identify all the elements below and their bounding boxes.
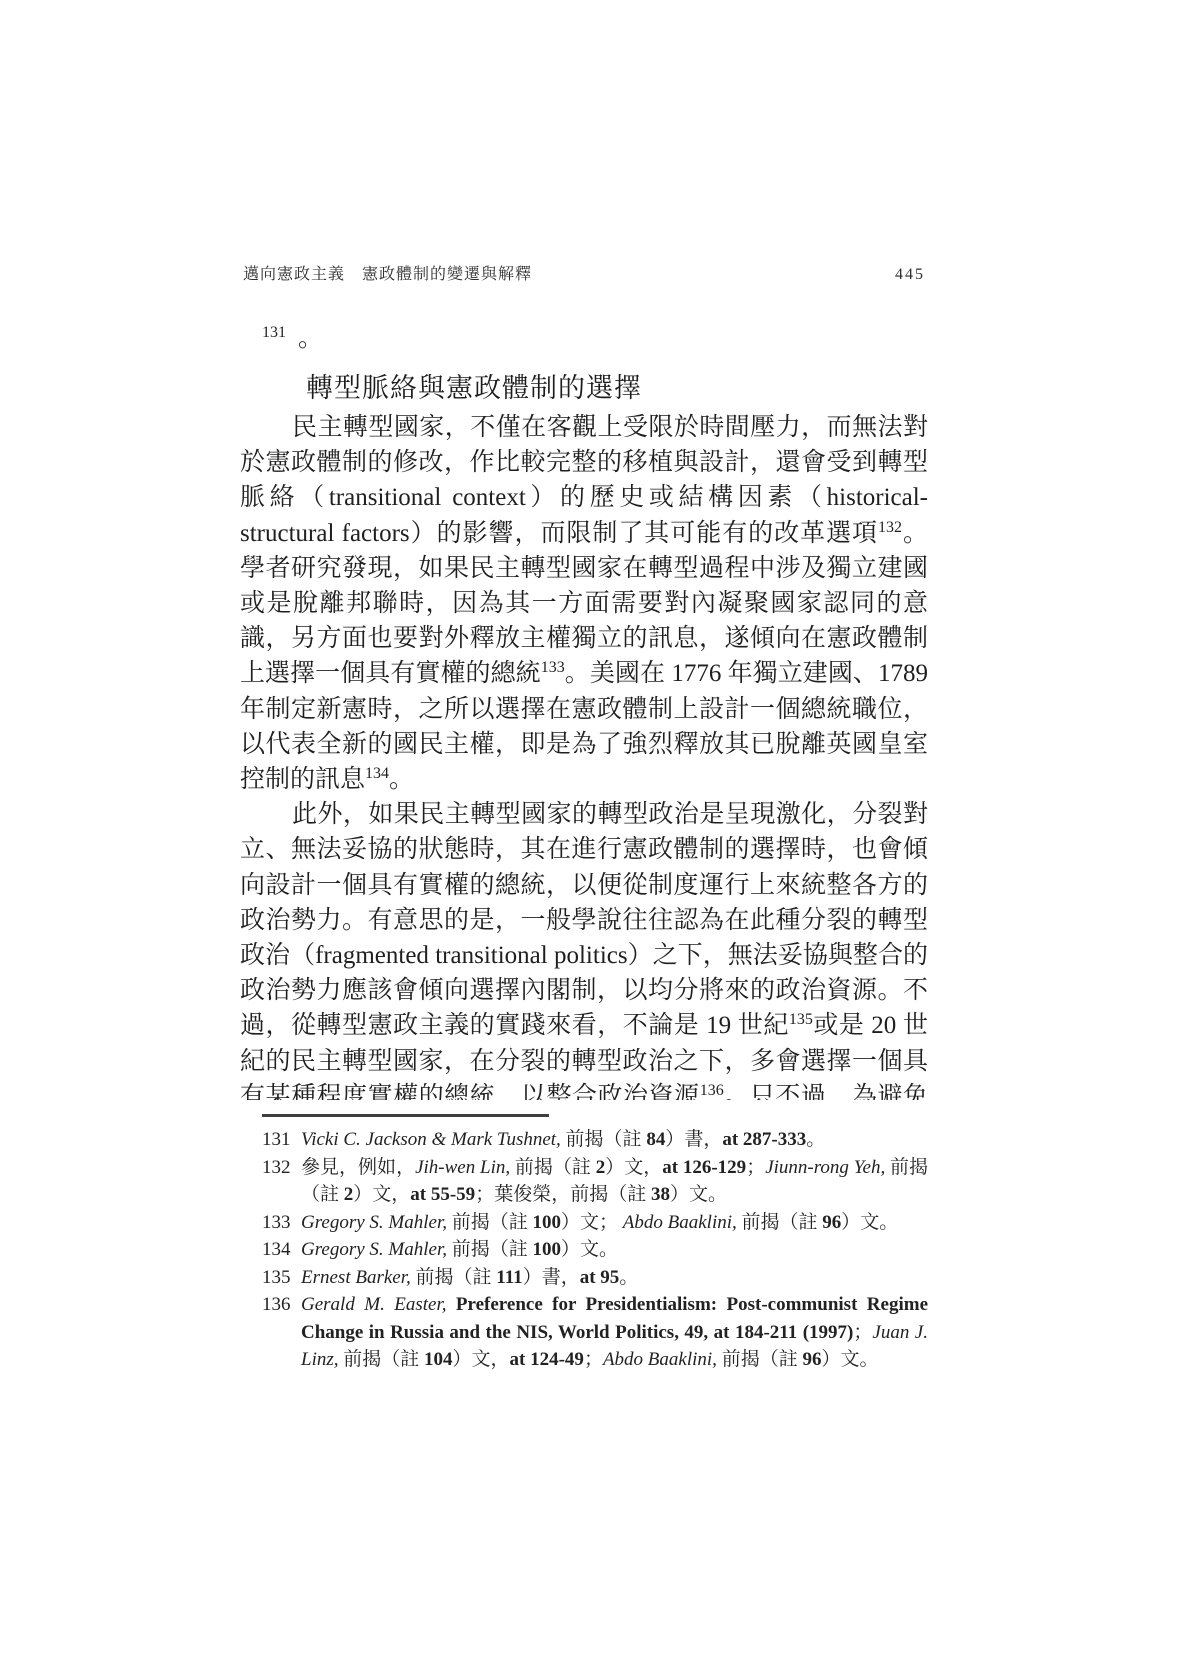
text-run: 104 <box>424 1349 453 1370</box>
text-run: ）文， <box>453 1349 510 1370</box>
body-text: 民主轉型國家，不僅在客觀上受限於時間壓力，而無法對於憲政體制的修改，作比較完整的… <box>240 410 928 1100</box>
text-run: 38 <box>651 1184 670 1205</box>
page-number: 445 <box>895 266 925 284</box>
text-run: Abdo Baaklini, <box>603 1349 717 1370</box>
text-run: Gregory S. Mahler, <box>301 1239 447 1260</box>
footnote-separator <box>262 1114 549 1117</box>
text-run: 2 <box>344 1184 354 1205</box>
footnote-ref: 132 <box>878 519 902 536</box>
footnote: 135 Ernest Barker, 前揭（註 111）書，at 95。 <box>262 1264 928 1292</box>
section-heading: 轉型脈絡與憲政體制的選擇 <box>306 366 642 405</box>
footnote-text: Gregory S. Mahler, 前揭（註 100）文； Abdo Baak… <box>301 1209 928 1237</box>
text-run: Jih-wen Lin, <box>415 1157 510 1178</box>
text-run: ）文。 <box>561 1239 618 1260</box>
text-run: Jiunn-rong Yeh, <box>765 1157 885 1178</box>
text-run: 前揭（註 <box>411 1267 497 1288</box>
text-run <box>447 1294 456 1315</box>
paragraph: 民主轉型國家，不僅在客觀上受限於時間壓力，而無法對於憲政體制的修改，作比較完整的… <box>240 410 928 797</box>
footnote-ref: 133 <box>541 659 565 676</box>
text-run: at 55-59 <box>410 1184 475 1205</box>
text-run: ； <box>584 1349 603 1370</box>
footnote-number: 132 <box>262 1154 301 1182</box>
text-run: 96 <box>802 1349 821 1370</box>
footnote-number: 134 <box>262 1236 301 1264</box>
text-run: Vicki C. Jackson & Mark Tushnet, <box>301 1129 561 1150</box>
text-run: Abdo Baaklini, <box>623 1212 737 1233</box>
text-run: 。 <box>389 766 414 793</box>
text-run: at 124-49 <box>510 1349 584 1370</box>
text-run: 。 <box>806 1129 825 1150</box>
footnote-ref: 134 <box>365 765 389 782</box>
text-run: ）書， <box>665 1129 722 1150</box>
text-run: 84 <box>646 1129 665 1150</box>
text-run: 。 <box>298 325 323 352</box>
text-run: Gregory S. Mahler, <box>301 1212 447 1233</box>
text-run: ； <box>853 1322 872 1343</box>
footnote-ref: 131 <box>262 324 286 341</box>
text-run: 前揭（註 <box>737 1212 823 1233</box>
footnote-text: Vicki C. Jackson & Mark Tushnet, 前揭（註 84… <box>301 1126 928 1154</box>
footnote-number: 131 <box>262 1126 301 1154</box>
footnote-text: Gerald M. Easter, Preference for Preside… <box>301 1291 928 1374</box>
text-run: 。 <box>619 1267 638 1288</box>
text-run: 參見，例如， <box>301 1157 415 1178</box>
footnote: 136 Gerald M. Easter, Preference for Pre… <box>262 1291 928 1374</box>
footnotes: 131 Vicki C. Jackson & Mark Tushnet, 前揭（… <box>262 1126 928 1374</box>
text-run: ）文。 <box>841 1212 898 1233</box>
footnote: 134 Gregory S. Mahler, 前揭（註 100）文。 <box>262 1236 928 1264</box>
footnote-ref: 136 <box>700 1082 724 1099</box>
text-run: Gerald M. Easter, <box>301 1294 447 1315</box>
text-run: 前揭（註 <box>447 1239 533 1260</box>
text-run: 前揭（註 <box>447 1212 533 1233</box>
footnote: 131 Vicki C. Jackson & Mark Tushnet, 前揭（… <box>262 1126 928 1154</box>
text-run: Ernest Barker, <box>301 1267 411 1288</box>
running-title: 邁向憲政主義 憲政體制的變遷與解釋 <box>243 261 532 284</box>
footnote-text: 參見，例如，Jih-wen Lin, 前揭（註 2）文，at 126-129；J… <box>301 1154 928 1209</box>
text-run: at 287-333 <box>722 1129 806 1150</box>
paragraph: 此外，如果民主轉型國家的轉型政治是呈現激化，分裂對立、無法妥協的狀態時，其在進行… <box>240 797 928 1100</box>
text-run: at 95 <box>580 1267 620 1288</box>
footnote-number: 133 <box>262 1209 301 1237</box>
text-run: 民主轉型國家，不僅在客觀上受限於時間壓力，而無法對於憲政體制的修改，作比較完整的… <box>240 414 928 547</box>
text-run: 前揭（註 <box>561 1129 647 1150</box>
footnote-text: Ernest Barker, 前揭（註 111）書，at 95。 <box>301 1264 928 1292</box>
text-run: at 126-129 <box>662 1157 746 1178</box>
text-run: 前揭（註 <box>339 1349 425 1370</box>
orphan-line: 131。 <box>262 318 323 354</box>
text-run: ）文， <box>353 1184 410 1205</box>
text-run: 111 <box>496 1267 522 1288</box>
text-run: 100 <box>533 1212 562 1233</box>
text-run: ；葉俊榮，前揭（註 <box>475 1184 651 1205</box>
text-run: 2 <box>596 1157 606 1178</box>
text-run: 96 <box>822 1212 841 1233</box>
text-run: 前揭（註 <box>717 1349 803 1370</box>
footnote-number: 135 <box>262 1264 301 1292</box>
text-run: 前揭（註 <box>510 1157 596 1178</box>
footnote: 132 參見，例如，Jih-wen Lin, 前揭（註 2）文，at 126-1… <box>262 1154 928 1209</box>
footnote: 133 Gregory S. Mahler, 前揭（註 100）文； Abdo … <box>262 1209 928 1237</box>
text-run: ）書， <box>523 1267 580 1288</box>
text-run: ）文； <box>561 1212 623 1233</box>
text-run: ； <box>746 1157 765 1178</box>
text-run: 此外，如果民主轉型國家的轉型政治是呈現激化，分裂對立、無法妥協的狀態時，其在進行… <box>240 801 928 1039</box>
page-sheet: 邁向憲政主義 憲政體制的變遷與解釋 445 131。 轉型脈絡與憲政體制的選擇 … <box>0 0 1177 1664</box>
text-run: ）文。 <box>670 1184 727 1205</box>
text-run: ）文。 <box>821 1349 878 1370</box>
footnote-number: 136 <box>262 1291 301 1319</box>
footnote-ref: 135 <box>789 1011 813 1028</box>
footnote-text: Gregory S. Mahler, 前揭（註 100）文。 <box>301 1236 928 1264</box>
text-run: 100 <box>533 1239 562 1260</box>
text-run: ）文， <box>605 1157 662 1178</box>
running-header: 邁向憲政主義 憲政體制的變遷與解釋 445 <box>243 261 925 284</box>
